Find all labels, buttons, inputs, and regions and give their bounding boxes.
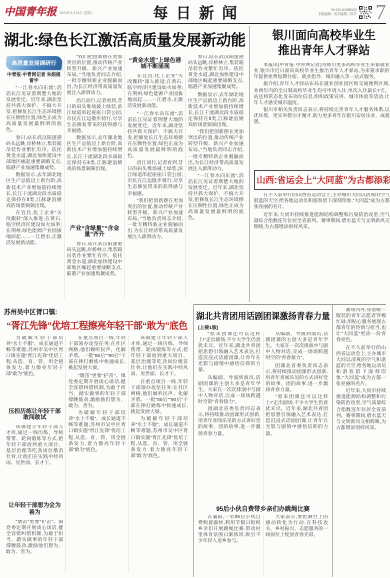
hubei-headline: 湖北:绿色长江激活高质量发展新动能	[4, 29, 246, 50]
body-text: 在不久前举行的山西省运动会上,主办城市大同以清爽的空气和湛蓝的天空,给各地运动员…	[254, 193, 390, 232]
page-header: 中国青年报 2024年4月16日 星期二 每日新闻 Tel:010-640983…	[4, 3, 386, 22]
tuanke-columns-2: 在襄阳,一名95后小伙自费购置器材,利用节假日组织乡亲们开展跳绳比赛,带动村里体…	[196, 515, 330, 577]
side-column: 赛场内外,身着统一服装的青年志愿者穿梭忙碌,用贴心服务展现古都青年的热情与担当,…	[333, 305, 386, 577]
byline: 中青报·中青网记者 朱娟娟 雷宇	[6, 72, 62, 84]
text-column: 从编剧、导演到演员,话剧团课的主创大多是青年学生。大家在一次次排演中与剧中人物对…	[263, 332, 331, 502]
page-number: 7	[376, 3, 387, 22]
shanxi-headline: 山西:省运会上“大同蓝”为古都添彩	[257, 175, 390, 186]
qr-code-icon	[359, 6, 372, 19]
hubei-columns: 高质量发展调研行 中青报·中青网记者 朱娟娟 雷宇 “一江春水向东流”,滔滔长江…	[4, 55, 246, 298]
right-column: 银川面向高校毕业生 推出青年人才驿站 本报讯(中青报·中青网记者)为吸引更多高校…	[250, 26, 390, 302]
credit-line-2: 本版编辑／美术编辑／校对	[318, 12, 356, 17]
body-text: “一江春水向东流”,滔滔长江见证着荆楚大地的发展变迁。近年来,湖北坚持共抓大保护…	[6, 86, 62, 247]
yinchuan-headline-line2: 推出青年人才驿站	[254, 44, 390, 59]
masthead-logo: 中国青年报	[4, 7, 57, 18]
body-text: 为破解年轻干部培养“水土不服”、成长通道不畅等难题,苏州市吴中区胥口镇实施“胥江…	[6, 336, 63, 406]
bottom-right-section: 湖北共青团用话剧团课激扬青春力量 (上接1版) “原来团课还可以这样上!”走出剧…	[194, 304, 386, 577]
body-text: 本报讯(中青报·中青网记者)为吸引更多高校毕业生来银就业创业,银川市近日面向高校…	[254, 63, 390, 166]
masthead-title: 每日新闻	[145, 2, 245, 23]
text-column: “黄金水道”上绿色港城不断涌现 在宜昌,化工企业“关改搬转”深入推进;在黄石,临…	[124, 55, 185, 298]
body-text: 在宜昌,化工企业“关改搬转”深入推进;在黄石,临空经济区建设如火如荼;在荆州,绿…	[127, 74, 183, 298]
bottom-section: 苏州吴中区胥口镇: “胥江先锋”优培工程擦亮年轻干部“敢为”底色 为破解年轻干部…	[4, 304, 386, 577]
continued-from-page-note: (上接1版)	[198, 324, 330, 331]
suzhou-subhead-2: 让年轻干部想为会为善为	[6, 503, 63, 517]
credits-block: Tel:010-64098333 本版编辑／美术编辑／校对	[318, 8, 356, 18]
tuanke-columns: “原来团课还可以这样上!”走出剧场,不少大学生仍意犹未尽。近年来,湖北共青团把思…	[196, 332, 330, 502]
suzhou-leadin: 苏州吴中区胥口镇:	[4, 307, 190, 316]
body-text: 该镇建立年轻干部人才库,通过一线历练、导师帮带、轮岗锻炼等方式,把年轻干部放到重…	[6, 425, 63, 501]
text-column: 高质量发展调研行 中青报·中青网记者 朱娟娟 雷宇 “一江春水向东流”,滔滔长江…	[4, 55, 64, 298]
text-column: 为破解年轻干部培养“水土不服”、成长通道不畅等难题,苏州市吴中区胥口镇实施“胥江…	[4, 336, 65, 573]
article-tuanke: 湖北共青团用话剧团课激扬青春力量 (上接1版) “原来团课还可以这样上!”走出剧…	[194, 305, 333, 577]
body-text: “墩苗”更要“护苗”。镇党委定期开展谈心谈话,健全容错纠错机制,为敢于担当、踏实…	[6, 520, 63, 573]
industry-subhead: 产业“含绿量”“含金量”齐升	[67, 226, 123, 240]
text-column: “我们把创新摆在更加突出的位置,推动传统产业转型升级、新兴产业加速布局。”当地负…	[64, 55, 125, 298]
date-line: 2024年4月16日 星期二	[60, 10, 95, 15]
newspaper-page: 中国青年报 2024年4月16日 星期二 每日新闻 Tel:010-640983…	[0, 0, 390, 578]
body-text: “我们把创新摆在更加突出的位置,推动传统产业转型升级、新兴产业加速布局。”当地负…	[67, 55, 123, 223]
tuanke-headline: 湖北共青团用话剧团课激扬青春力量	[196, 310, 330, 322]
text-column: 大家表示,要把舞台上的感动转化为行动,在科技攻关、乡村振兴、志愿服务的一线岗位上…	[263, 515, 331, 577]
suzhou-columns: 为破解年轻干部培养“水土不服”、成长通道不畅等难题,苏州市吴中区胥口镇实施“胥江…	[4, 336, 190, 573]
header-right: Tel:010-64098333 本版编辑／美术编辑／校对 7	[318, 3, 386, 22]
port-subhead: “黄金水道”上绿色港城不断涌现	[127, 58, 183, 72]
body-text: 赛场内外,身着统一服装的青年志愿者穿梭忙碌,用贴心服务展现古都青年的热情与担当,…	[336, 308, 386, 560]
article-yinchuan: 银川面向高校毕业生 推出青年人才驿站 本报讯(中青报·中青网记者)为吸引更多高校…	[254, 26, 390, 166]
text-column: 该镇建立年轻干部人才库,通过一线历练、导师帮带、轮岗锻炼等方式,把年轻干部放到重…	[128, 336, 190, 573]
text-column: 春日,站在武汉阳逻港码头远眺,岸桥林立,集装箱吊装作业繁忙有序。依托黄金水道,湖…	[185, 55, 246, 298]
inline-subhead: 95后小伙自费带乡亲们办跳绳比赛	[196, 504, 330, 513]
text-column: “原来团课还可以这样上!”走出剧场,不少大学生仍意犹未尽。近年来,湖北共青团把思…	[196, 332, 263, 502]
research-tour-badge: 高质量发展调研行	[5, 56, 62, 70]
yinchuan-headline-line1: 银川面向高校毕业生	[254, 29, 390, 44]
yinchuan-headline: 银川面向高校毕业生 推出青年人才驿站	[254, 29, 390, 59]
article-suzhou: 苏州吴中区胥口镇: “胥江先锋”优培工程擦亮年轻干部“敢为”底色 为破解年轻干部…	[4, 304, 194, 577]
header-rule	[4, 23, 386, 24]
shanxi-headline-box: 山西:省运会上“大同蓝”为古都添彩	[254, 170, 390, 191]
article-hubei: 湖北:绿色长江激活高质量发展新动能 高质量发展调研行 中青报·中青网记者 朱娟娟…	[4, 26, 250, 302]
body-text: 春日,站在武汉阳逻港码头远眺,岸桥林立,集装箱吊装作业繁忙有序。依托黄金水道,湖…	[67, 242, 123, 298]
top-section: 湖北:绿色长江激活高质量发展新动能 高质量发展调研行 中青报·中青网记者 朱娟娟…	[4, 26, 386, 302]
suzhou-subhead-1: 压担历练让年轻干部敢闯敢试	[6, 409, 63, 423]
suzhou-headline: “胥江先锋”优培工程擦亮年轻干部“敢为”底色	[4, 318, 190, 332]
article-shanxi: 山西:省运会上“大同蓝”为古都添彩 在不久前举行的山西省运动会上,主办城市大同以…	[254, 166, 390, 233]
text-column: 在襄阳,一名95后小伙自费购置器材,利用节假日组织乡亲们开展跳绳比赛,带动村里体…	[196, 515, 263, 577]
text-column: 在重点项目一线,年轻干部领办攻坚任务;在社区网格,他们倾听民声、化解矛盾。一批“…	[65, 336, 127, 573]
